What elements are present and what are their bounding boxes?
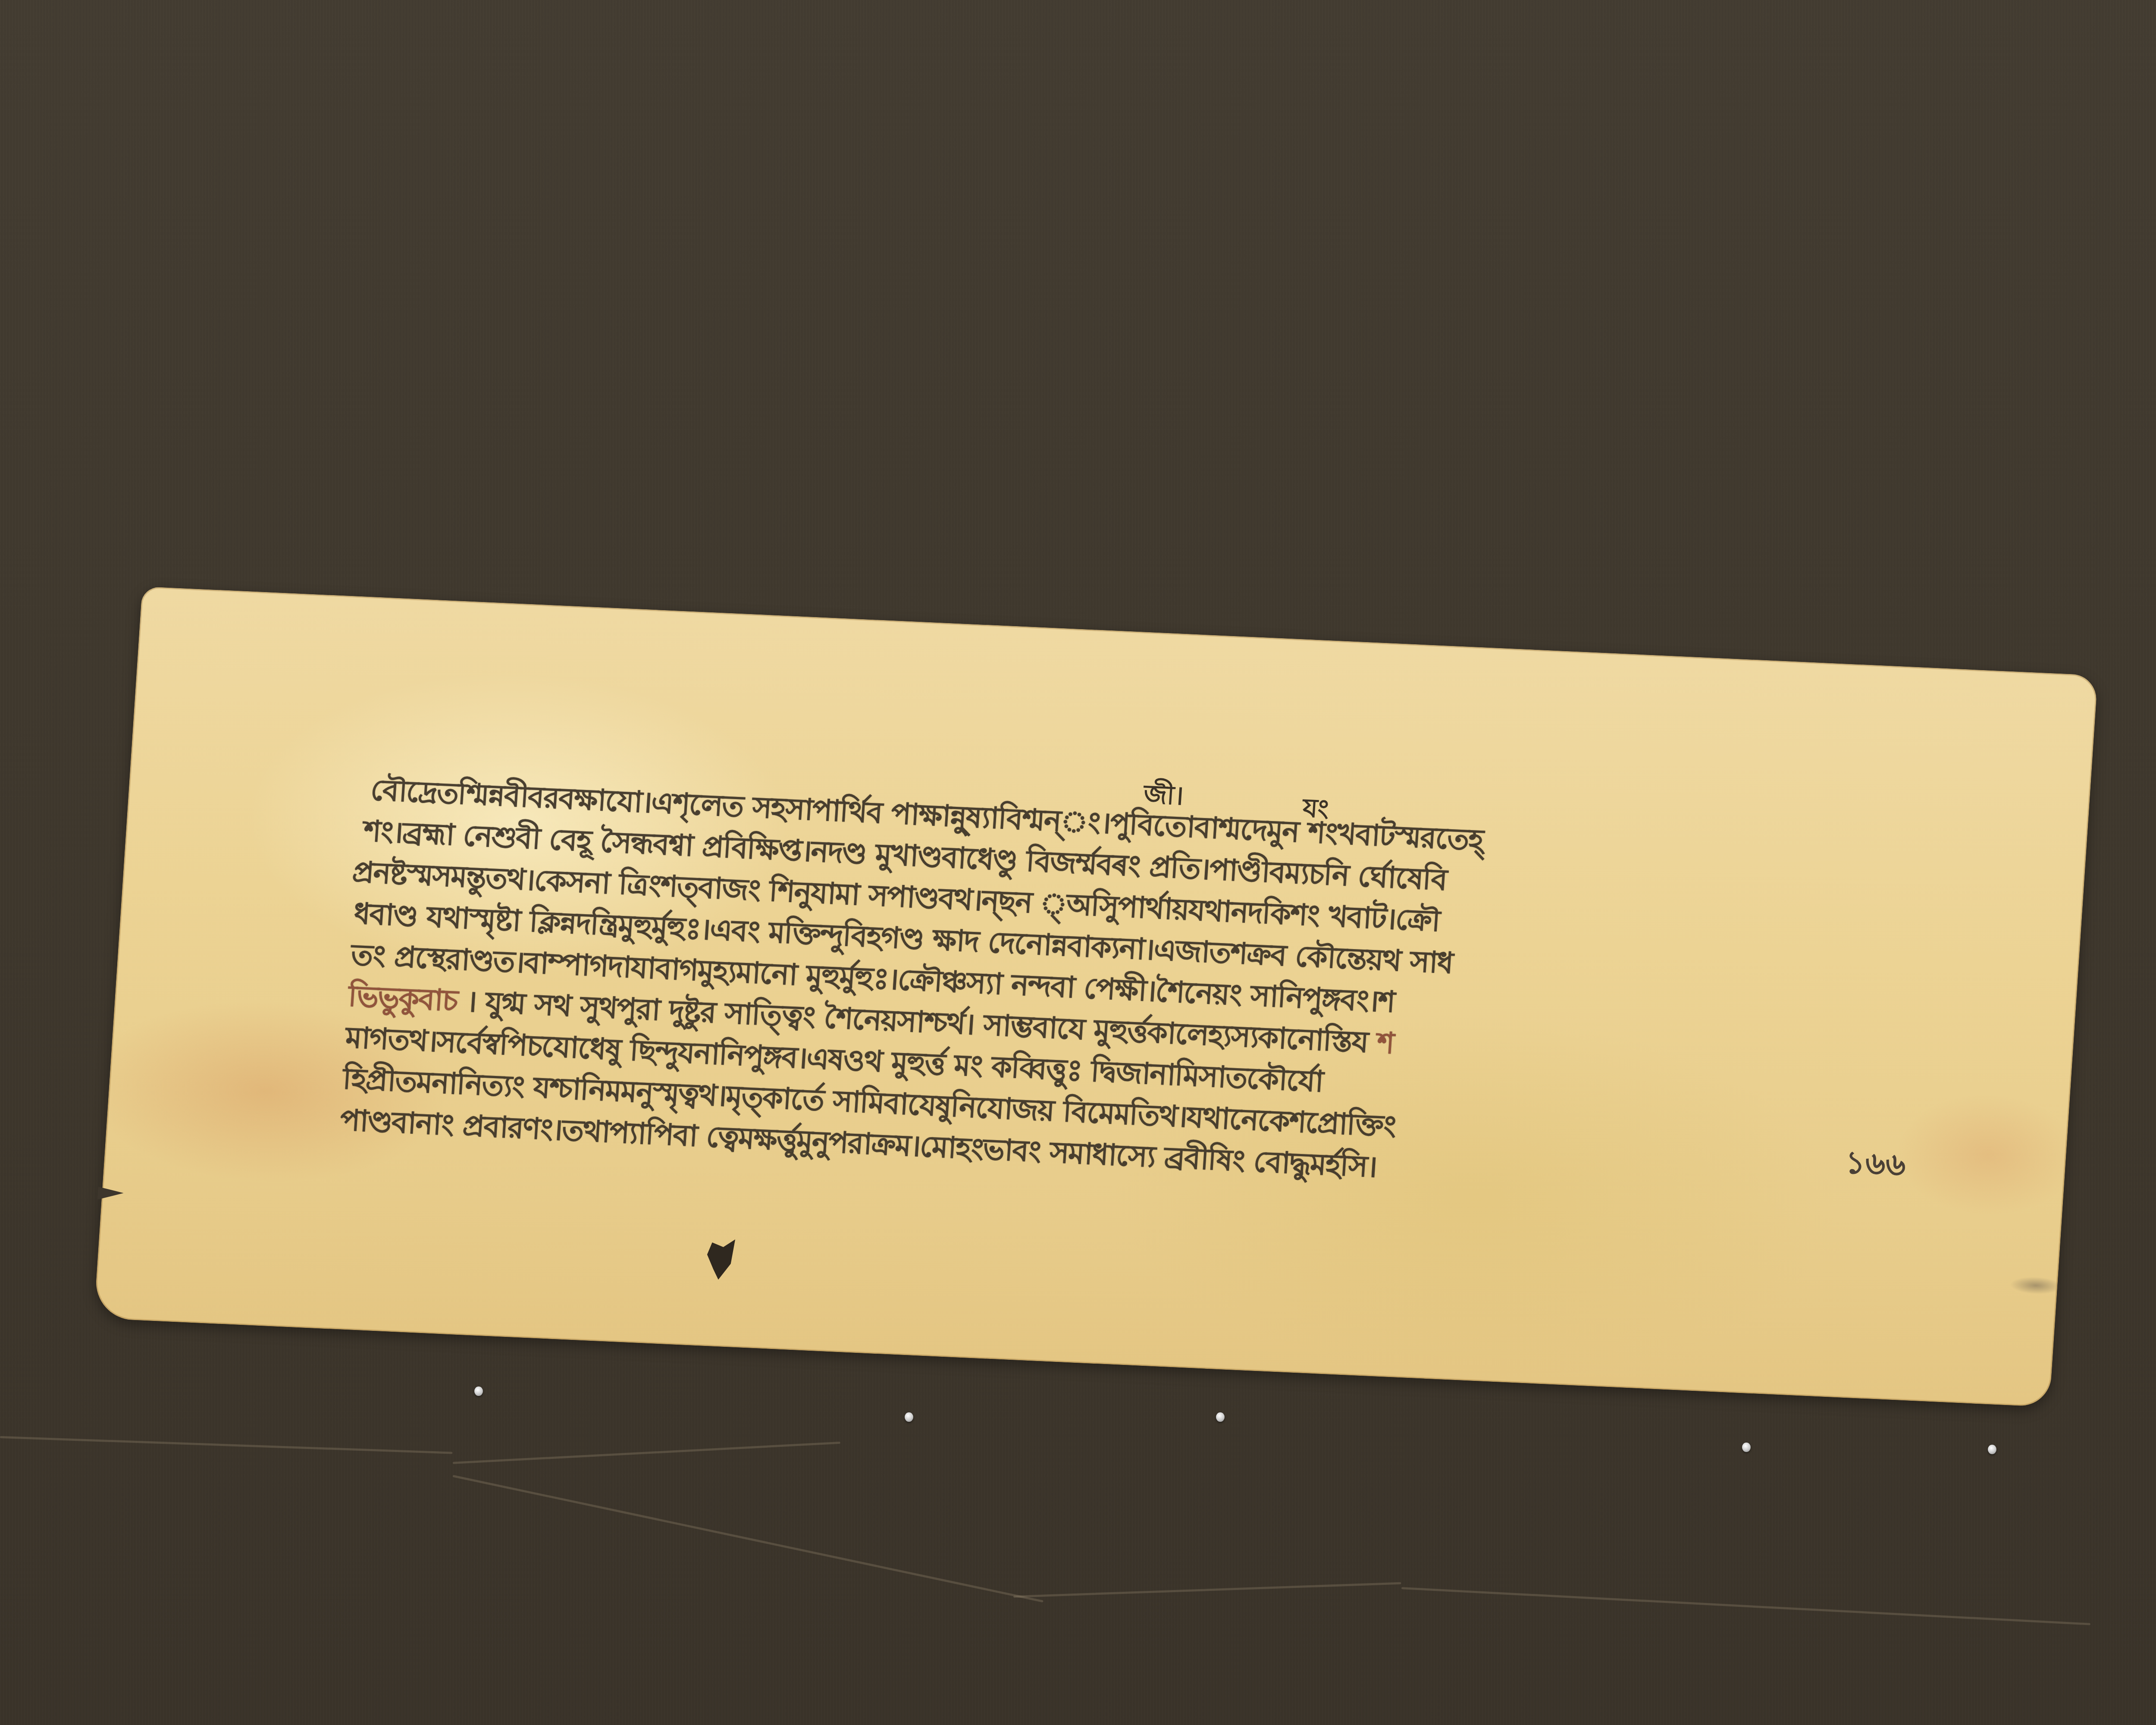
- folio-number: ১৬৬: [1843, 1139, 1907, 1193]
- board-scratch: [0, 1436, 452, 1454]
- mounting-pin: [1988, 1445, 1996, 1454]
- red-ink-speaker-label: ভিভুকুবাচ: [347, 979, 458, 1018]
- manuscript-folio: জী। যং ১৬৬ বৌদ্রেতশ্মিন্নবীবরবক্ষাযো।এশৃ…: [94, 586, 2098, 1407]
- mounting-pin: [1742, 1443, 1751, 1452]
- red-ink-mark: শ: [1376, 1026, 1395, 1061]
- manuscript-text: বৌদ্রেতশ্মিন্নবীবরবক্ষাযো।এশৃলেত সহসাপার…: [348, 770, 1837, 1208]
- mounting-pin: [1216, 1412, 1225, 1422]
- board-scratch: [452, 1475, 1043, 1603]
- mounting-pin: [905, 1412, 913, 1422]
- board-scratch: [453, 1442, 840, 1464]
- board-scratch: [1401, 1587, 2090, 1625]
- mounting-pin: [474, 1386, 483, 1396]
- board-scratch: [1013, 1582, 1401, 1598]
- ink-smudge: [2009, 1276, 2062, 1295]
